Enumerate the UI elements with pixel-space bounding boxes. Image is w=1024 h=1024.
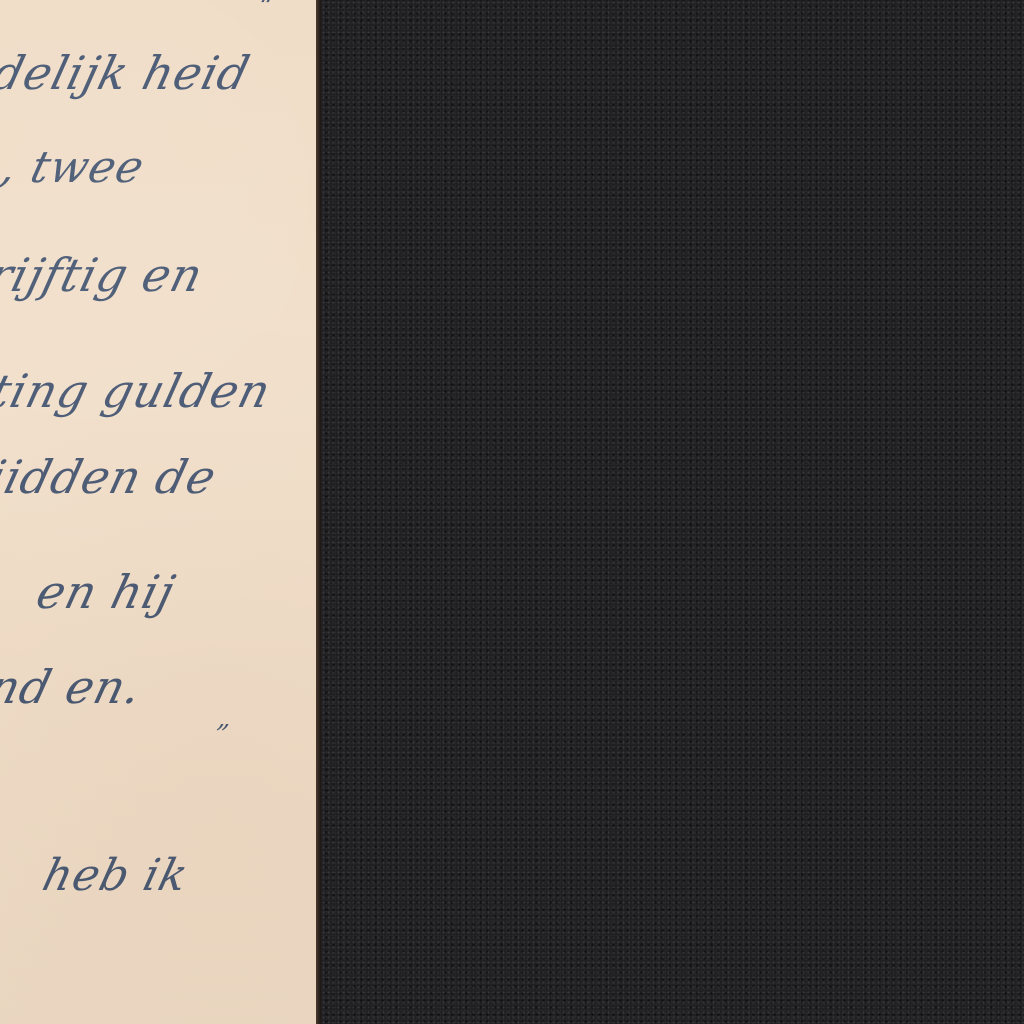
handwritten-line-1: delijk heid [0,46,256,100]
handwritten-close-quote: ” [210,720,232,750]
letter-paper: “ delijk heid , twee rijftig en ting gul… [0,0,318,1024]
handwritten-line-2: , twee [0,142,150,193]
handwritten-line-5: iidden de [0,450,222,504]
handwritten-line-9: heb ik [38,850,194,901]
handwritten-line-3: rijftig en [0,248,209,302]
dark-cloth-background [321,0,1024,1024]
handwritten-open-quote: “ [254,0,276,22]
handwritten-line-7: nd en. [0,660,148,714]
handwritten-line-4: ting gulden [0,364,277,418]
handwritten-line-6: en hij [31,565,181,619]
